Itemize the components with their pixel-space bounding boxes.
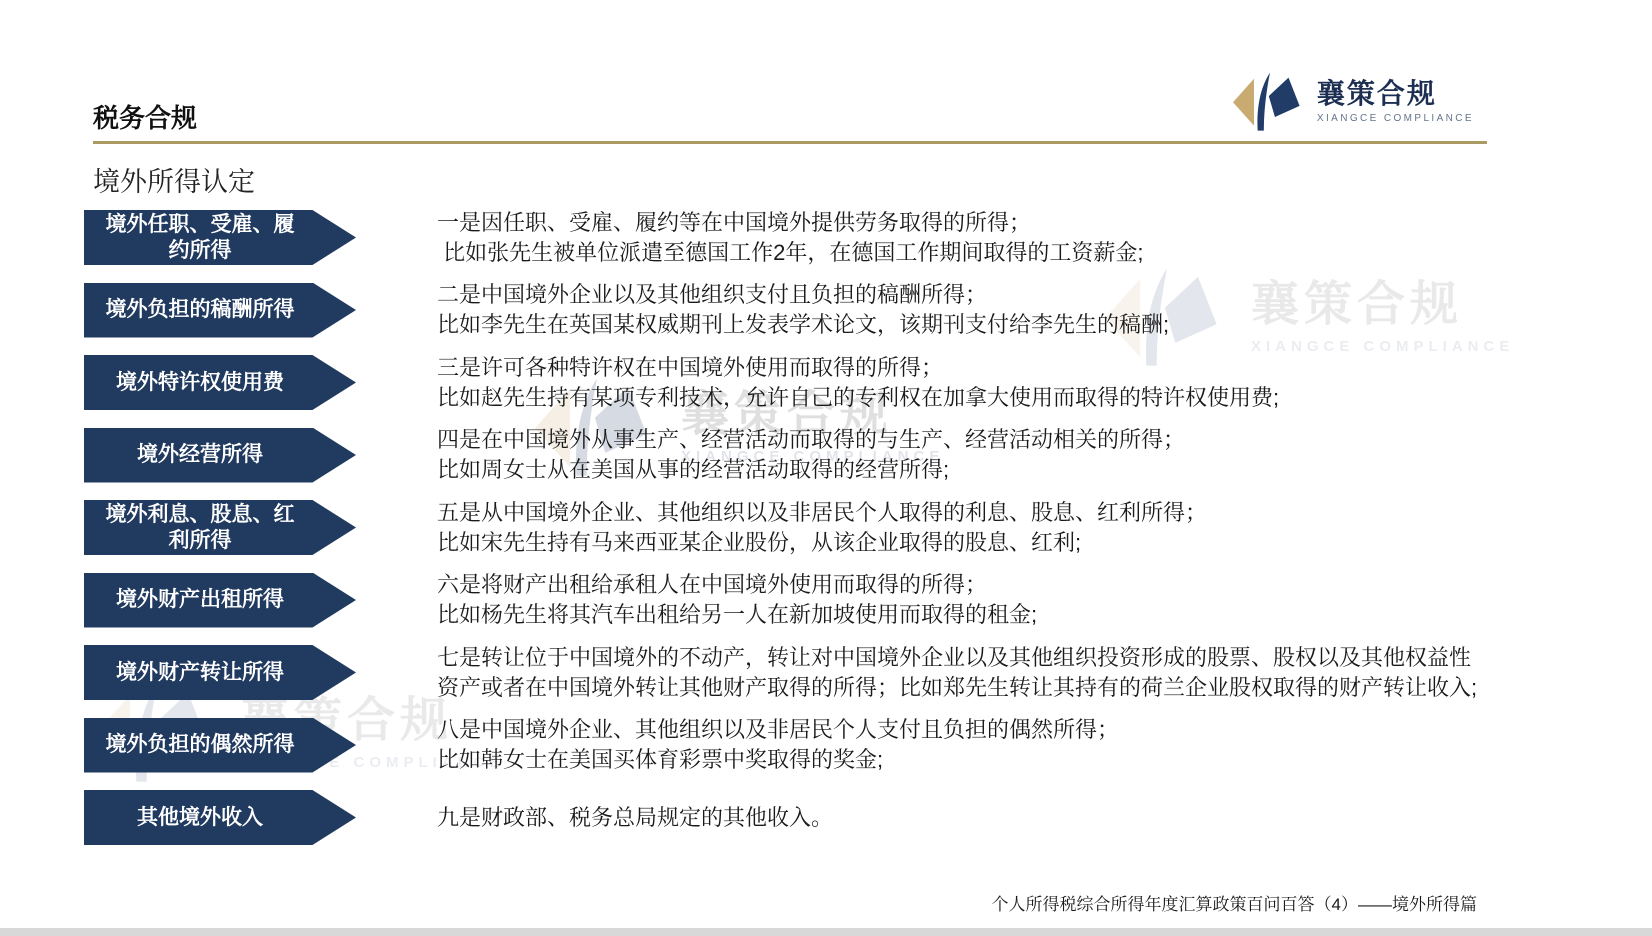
description-line-1: 六是将财产出租给承租人在中国境外使用而取得的所得； [437, 570, 1037, 600]
income-type-label: 境外负担的偶然所得 [106, 732, 295, 758]
income-type-label: 境外财产转让所得 [116, 660, 284, 686]
income-type-label: 境外经营所得 [137, 442, 263, 468]
income-type-row: 境外财产出租所得 六是将财产出租给承租人在中国境外使用而取得的所得； 比如杨先生… [84, 573, 1632, 628]
description-line-2: 比如宋先生持有马来西亚某企业股份，从该企业取得的股息、红利; [437, 528, 1207, 558]
income-type-row: 境外经营所得 四是在中国境外从事生产、经营活动而取得的与生产、经营活动相关的所得… [84, 428, 1632, 483]
description-line-2: 比如赵先生持有某项专利技术，允许自己的专利权在加拿大使用而取得的特许权使用费; [437, 383, 1279, 413]
income-type-row: 境外利息、股息、红 利所得 五是从中国境外企业、其他组织以及非居民个人取得的利息… [84, 500, 1632, 555]
income-type-row: 境外特许权使用费 三是许可各种特许权在中国境外使用而取得的所得； 比如赵先生持有… [84, 355, 1632, 410]
income-type-label: 境外特许权使用费 [116, 370, 284, 396]
income-type-arrow: 境外负担的偶然所得 [84, 718, 356, 773]
income-type-arrow: 境外财产转让所得 [84, 645, 356, 700]
income-type-arrow: 其他境外收入 [84, 790, 356, 845]
description-line-2: 比如李先生在英国某权威期刊上发表学术论文，该期刊支付给李先生的稿酬; [437, 310, 1169, 340]
income-type-row: 其他境外收入 九是财政部、税务总局规定的其他收入。 [84, 790, 1632, 845]
income-type-row: 境外负担的稿酬所得 二是中国境外企业以及其他组织支付且负担的稿酬所得； 比如李先… [84, 283, 1632, 338]
description-line-2: 比如韩女士在美国买体育彩票中奖取得的奖金; [437, 745, 1119, 775]
income-type-row: 境外财产转让所得 七是转让位于中国境外的不动产，转让对中国境外企业以及其他组织投… [84, 645, 1632, 700]
income-description: 七是转让位于中国境外的不动产，转让对中国境外企业以及其他组织投资形成的股票、股权… [437, 643, 1477, 703]
income-description: 四是在中国境外从事生产、经营活动而取得的与生产、经营活动相关的所得； 比如周女士… [437, 425, 1185, 485]
description-line-2: 比如张先生被单位派遣至德国工作2年，在德国工作期间取得的工资薪金; [437, 238, 1143, 268]
description-line-1: 三是许可各种特许权在中国境外使用而取得的所得； [437, 353, 1279, 383]
description-line-1: 一是因任职、受雇、履约等在中国境外提供劳务取得的所得； [437, 208, 1143, 238]
income-description: 二是中国境外企业以及其他组织支付且负担的稿酬所得； 比如李先生在英国某权威期刊上… [437, 280, 1169, 340]
income-type-row: 境外任职、受雇、履 约所得 一是因任职、受雇、履约等在中国境外提供劳务取得的所得… [84, 210, 1632, 265]
income-type-row: 境外负担的偶然所得 八是中国境外企业、其他组织以及非居民个人支付且负担的偶然所得… [84, 718, 1632, 773]
income-description: 一是因任职、受雇、履约等在中国境外提供劳务取得的所得； 比如张先生被单位派遣至德… [437, 208, 1143, 268]
description-line-1: 五是从中国境外企业、其他组织以及非居民个人取得的利息、股息、红利所得； [437, 498, 1207, 528]
income-type-label: 境外财产出租所得 [116, 587, 284, 613]
description-line-1: 七是转让位于中国境外的不动产，转让对中国境外企业以及其他组织投资形成的股票、股权… [437, 643, 1477, 673]
income-type-arrow: 境外任职、受雇、履 约所得 [84, 210, 356, 265]
description-line-1: 四是在中国境外从事生产、经营活动而取得的与生产、经营活动相关的所得； [437, 425, 1185, 455]
income-type-label: 境外利息、股息、红 利所得 [106, 502, 295, 554]
slide: 襄策合规 XIANGCE COMPLIANCE 襄策合规 XIANGCE COM… [0, 0, 1652, 936]
description-line-1: 二是中国境外企业以及其他组织支付且负担的稿酬所得； [437, 280, 1169, 310]
description-line-2: 资产或者在中国境外转让其他财产取得的所得；比如郑先生转让其持有的荷兰企业股权取得… [437, 673, 1477, 703]
income-description: 三是许可各种特许权在中国境外使用而取得的所得； 比如赵先生持有某项专利技术，允许… [437, 353, 1279, 413]
income-type-label: 其他境外收入 [137, 805, 263, 831]
income-type-arrow: 境外负担的稿酬所得 [84, 283, 356, 338]
income-type-label: 境外任职、受雇、履 约所得 [106, 212, 295, 264]
income-type-list: 境外任职、受雇、履 约所得 一是因任职、受雇、履约等在中国境外提供劳务取得的所得… [0, 0, 1652, 936]
income-type-arrow: 境外利息、股息、红 利所得 [84, 500, 356, 555]
description-line-2: 比如杨先生将其汽车出租给另一人在新加坡使用而取得的租金; [437, 600, 1037, 630]
income-type-arrow: 境外特许权使用费 [84, 355, 356, 410]
description-line-1: 九是财政部、税务总局规定的其他收入。 [437, 803, 833, 833]
income-description: 六是将财产出租给承租人在中国境外使用而取得的所得； 比如杨先生将其汽车出租给另一… [437, 570, 1037, 630]
income-description: 五是从中国境外企业、其他组织以及非居民个人取得的利息、股息、红利所得； 比如宋先… [437, 498, 1207, 558]
income-type-arrow: 境外财产出租所得 [84, 573, 356, 628]
footer-note: 个人所得税综合所得年度汇算政策百问百答（4）——境外所得篇 [992, 890, 1477, 915]
income-type-label: 境外负担的稿酬所得 [106, 297, 295, 323]
income-description: 八是中国境外企业、其他组织以及非居民个人支付且负担的偶然所得； 比如韩女士在美国… [437, 715, 1119, 775]
description-line-1: 八是中国境外企业、其他组织以及非居民个人支付且负担的偶然所得； [437, 715, 1119, 745]
income-description: 九是财政部、税务总局规定的其他收入。 [437, 803, 833, 833]
description-line-2: 比如周女士从在美国从事的经营活动取得的经营所得; [437, 455, 1185, 485]
income-type-arrow: 境外经营所得 [84, 428, 356, 483]
